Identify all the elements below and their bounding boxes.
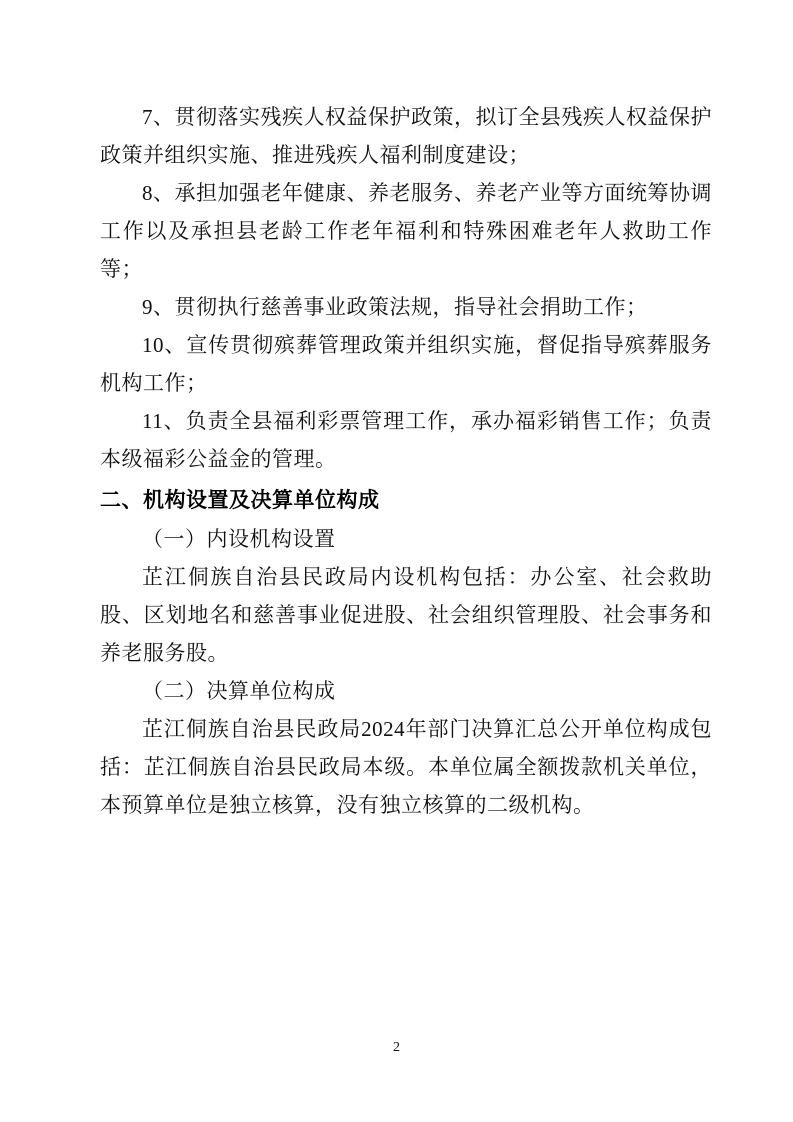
document-page: 7、贯彻落实残疾人权益保护政策，拟订全县残疾人权益保护政策并组织实施、推进残疾人… bbox=[0, 0, 793, 1122]
paragraph-internal-org: 芷江侗族自治县民政局内设机构包括：办公室、社会救助股、区划地名和慈善事业促进股、… bbox=[100, 558, 712, 672]
section-heading-2: 二、机构设置及决算单位构成 bbox=[100, 482, 712, 520]
page-number: 2 bbox=[0, 1038, 793, 1058]
paragraph-duty-10: 10、宣传贯彻殡葬管理政策并组织实施，督促指导殡葬服务机构工作； bbox=[100, 326, 712, 402]
subsection-heading-2: （二）决算单位构成 bbox=[100, 672, 712, 710]
paragraph-duty-7: 7、贯彻落实残疾人权益保护政策，拟订全县残疾人权益保护政策并组织实施、推进残疾人… bbox=[100, 98, 712, 174]
paragraph-duty-8: 8、承担加强老年健康、养老服务、养老产业等方面统筹协调工作以及承担县老龄工作老年… bbox=[100, 174, 712, 288]
document-body: 7、贯彻落实残疾人权益保护政策，拟订全县残疾人权益保护政策并组织实施、推进残疾人… bbox=[100, 98, 712, 824]
paragraph-duty-9: 9、贯彻执行慈善事业政策法规，指导社会捐助工作； bbox=[100, 288, 712, 326]
paragraph-unit-composition: 芷江侗族自治县民政局2024年部门决算汇总公开单位构成包括：芷江侗族自治县民政局… bbox=[100, 710, 712, 824]
paragraph-duty-11: 11、负责全县福利彩票管理工作，承办福彩销售工作；负责本级福彩公益金的管理。 bbox=[100, 402, 712, 478]
subsection-heading-1: （一）内设机构设置 bbox=[100, 520, 712, 558]
